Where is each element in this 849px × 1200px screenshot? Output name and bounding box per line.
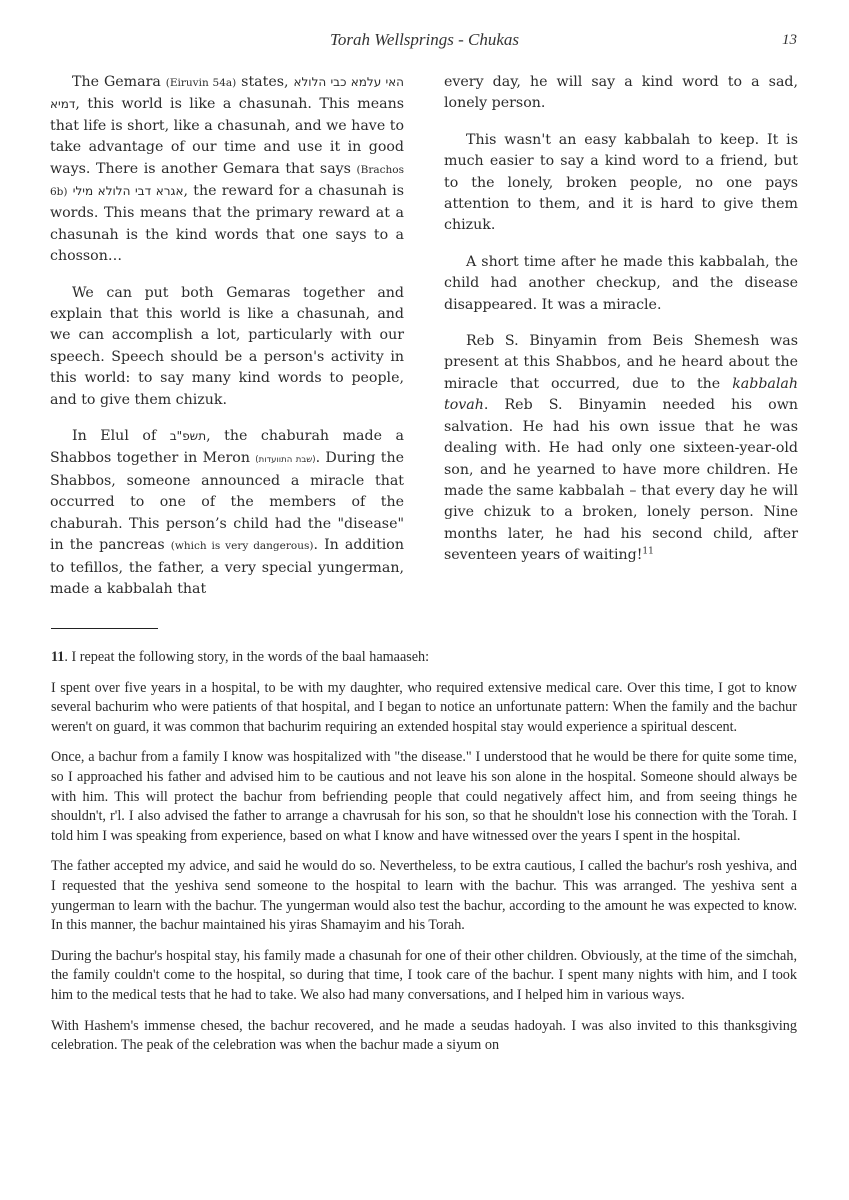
footnote-paragraph: With Hashem's immense chesed, the bachur… <box>51 1017 797 1056</box>
paragraph-continued: every day, he will say a kind word to a … <box>444 72 798 115</box>
left-column: The Gemara (Eiruvin 54a) states, האי עלמ… <box>50 72 404 615</box>
hebrew-quote: אגרא דבי הלולא מילי <box>73 184 184 198</box>
footnote-number: 11 <box>51 649 64 665</box>
running-title: Torah Wellsprings - Chukas <box>48 30 801 50</box>
footnote-reference[interactable]: 11 <box>642 546 653 556</box>
paragraph: A short time after he made this kabbalah… <box>444 252 798 316</box>
citation: (Eiruvin 54a) <box>166 77 236 89</box>
page-header: Torah Wellsprings - Chukas 13 <box>48 30 801 60</box>
hebrew-year: תשפ"ב <box>170 429 206 443</box>
paragraph: This wasn't an easy kabbalah to keep. It… <box>444 130 798 237</box>
footnote-intro: 11. I repeat the following story, in the… <box>51 648 797 668</box>
text: , this world is like a chasunah. This me… <box>50 96 404 176</box>
footnote-paragraph: Once, a bachur from a family I know was … <box>51 748 797 846</box>
text: . I repeat the following story, in the w… <box>64 649 429 665</box>
two-column-body: The Gemara (Eiruvin 54a) states, האי עלמ… <box>50 72 798 615</box>
page-number: 13 <box>782 32 797 49</box>
text: states, <box>236 74 293 90</box>
paragraph: The Gemara (Eiruvin 54a) states, האי עלמ… <box>50 72 404 268</box>
footnote-paragraph: During the bachur's hospital stay, his f… <box>51 947 797 1006</box>
footnote-paragraph: I spent over five years in a hospital, t… <box>51 679 797 738</box>
footnote-separator <box>51 628 158 629</box>
right-column: every day, he will say a kind word to a … <box>444 72 798 615</box>
paragraph: Reb S. Binyamin from Beis Shemesh was pr… <box>444 331 798 566</box>
paragraph: We can put both Gemaras together and exp… <box>50 283 404 411</box>
footnote-paragraph: The father accepted my advice, and said … <box>51 857 797 935</box>
paragraph: In Elul of תשפ"ב, the chaburah made a Sh… <box>50 426 404 600</box>
text: . Reb S. Binyamin needed his own salvati… <box>444 397 798 563</box>
text: In Elul of <box>72 428 170 444</box>
parenthetical-note: (which is very dangerous) <box>171 540 314 552</box>
hebrew-note: (שבת התוועדות) <box>255 455 315 465</box>
text: The Gemara <box>72 74 166 90</box>
footnotes-section: 11. I repeat the following story, in the… <box>51 648 797 1067</box>
